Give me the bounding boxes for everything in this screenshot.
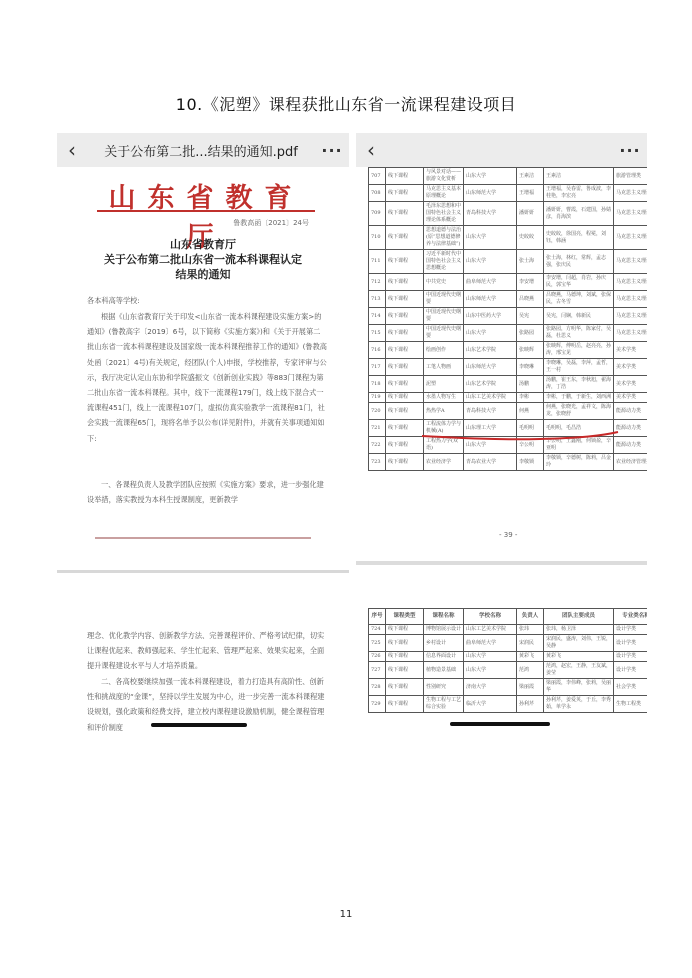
cell-name: 热热学A <box>424 403 464 420</box>
document-heading: 山东省教育厅 关于公布第二批山东省一流本科课程认定 结果的通知 <box>77 237 329 282</box>
cell-lead: 史皎皎 <box>517 226 544 250</box>
cell-type: 线下课程 <box>386 325 424 342</box>
cell-lead: 李晓琳 <box>517 359 544 376</box>
redaction-mark <box>450 722 550 726</box>
heading-line-2: 关于公布第二批山东省一流本科课程认定 <box>77 252 329 267</box>
cell-team: 李安增，闫超，肖岩，孙庆民，郭宝华 <box>544 274 614 291</box>
table-row: 709线下课程毛泽东思想和中国特色社会主义理论体系概论青岛科技大学潘妍妍潘妍妍，… <box>369 202 648 226</box>
page-separator <box>356 561 647 565</box>
cell-name: 博物馆展示设计 <box>424 625 464 635</box>
cell-team: 李彬，于鹏，于新生，刘西洲 <box>544 393 614 403</box>
cell-school: 山东大学 <box>464 168 517 185</box>
cell-team: 孙利芹，姜爱英，于丘，李秀茹，单学永 <box>544 696 614 713</box>
cell-type: 线下课程 <box>386 226 424 250</box>
cell-school: 曲阜师范大学 <box>464 635 517 652</box>
cell-school: 青岛科技大学 <box>464 403 517 420</box>
cell-type: 线下课程 <box>386 393 424 403</box>
cell-cat: 马克思主义理论类 <box>614 325 648 342</box>
cell-team: 黄彩飞 <box>544 652 614 662</box>
cell-school: 山东大学 <box>464 226 517 250</box>
left-screenshot-bottom: 理念、优化教学内容、创新教学方法、完善课程评价、严格考试纪律，切实让课程优起来、… <box>57 590 349 732</box>
table-row: 707线下课程与风景对话——旅游文化赏析山东大学王素洁王素洁旅游管理类 <box>369 168 648 185</box>
table-row: 728线下课程性别研究济南大学梁丽霞梁丽霞，李伟峰，张莉，吴丽华社会学类 <box>369 679 648 696</box>
course-list-table-top: 707线下课程与风景对话——旅游文化赏析山东大学王素洁王素洁旅游管理类708线下… <box>368 167 647 471</box>
cell-lead: 孙利芹 <box>517 696 544 713</box>
cell-school: 青岛农业大学 <box>464 454 517 471</box>
cell-team: 梁丽霞，李伟峰，张莉，吴丽华 <box>544 679 614 696</box>
cell-name: 性别研究 <box>424 679 464 696</box>
cell-name: 工笔人物画 <box>424 359 464 376</box>
cell-cat: 旅游管理类 <box>614 168 648 185</box>
left-screenshot-top: ‹ 关于公布第二批...结果的通知.pdf ··· 山东省教育厅 鲁教高函〔20… <box>57 133 349 577</box>
cell-no: 729 <box>369 696 386 713</box>
cell-no: 708 <box>369 185 386 202</box>
table-row: 727线下课程植物造景基础山东大学范鸿范鸿，赵宏，王静，王友斌，姜莹设计学类 <box>369 662 648 679</box>
cell-team: 汤鹏，崔王东，李秋旭，翟海涛，丁浩 <box>544 376 614 393</box>
cell-lead: 范鸿 <box>517 662 544 679</box>
cell-type: 线下课程 <box>386 359 424 376</box>
cell-type: 线下课程 <box>386 202 424 226</box>
cell-type: 线下课程 <box>386 454 424 471</box>
cell-name: 思想道德与法治(原“思想道德修养与法律基础”) <box>424 226 464 250</box>
cell-lead: 张士海 <box>517 250 544 274</box>
cell-no: 721 <box>369 420 386 437</box>
cell-team: 潘妍妍，曹霞，石建国，孙婧彦，肖海滨 <box>544 202 614 226</box>
cell-school: 山东师范大学 <box>464 291 517 308</box>
cell-no: 724 <box>369 625 386 635</box>
cell-no: 726 <box>369 652 386 662</box>
table-row: 716线下课程绘画创作山东艺术学院张映辉张映辉，傅明岳，赵亮亮，孙涛，邢宝见美术… <box>369 342 648 359</box>
table-row: 726线下课程信息界面设计山东大学黄彩飞黄彩飞设计学类 <box>369 652 648 662</box>
cell-no: 727 <box>369 662 386 679</box>
cell-team: 史皎皎，徐国亮，程冕，刘钰，韩涵 <box>544 226 614 250</box>
cell-type: 线下课程 <box>386 420 424 437</box>
cell-lead: 宋润民 <box>517 635 544 652</box>
table-header-row: 序号课程类型课程名称学校名称负责人团队主要成员专业类名称 <box>369 609 648 625</box>
cell-name: 中国近现代史纲要 <box>424 308 464 325</box>
cell-school: 青岛科技大学 <box>464 202 517 226</box>
cell-team: 何燕，张晓光，孟祥文，陈海龙，张晓舒 <box>544 403 614 420</box>
pdf-viewer-top-bar: ‹ 关于公布第二批...结果的通知.pdf ··· <box>57 133 349 167</box>
cell-name: 中国近现代史纲要 <box>424 291 464 308</box>
table-row: 720线下课程热热学A青岛科技大学何燕何燕，张晓光，孟祥文，陈海龙，张晓舒能源动… <box>369 403 648 420</box>
cell-no: 717 <box>369 359 386 376</box>
course-list-table-bottom: 序号课程类型课程名称学校名称负责人团队主要成员专业类名称 724线下课程博物馆展… <box>368 608 647 713</box>
column-header: 课程名称 <box>424 609 464 625</box>
cell-cat: 设计学类 <box>614 635 648 652</box>
cell-school: 山东师范大学 <box>464 185 517 202</box>
cell-type: 线下课程 <box>386 625 424 635</box>
table-row: 723线下课程农业经济学青岛农业大学李敬锁李敬锁，辛德树，陈莉，吕金玲农业经济管… <box>369 454 648 471</box>
cell-team: 张映辉，傅明岳，赵亮亮，孙涛，邢宝见 <box>544 342 614 359</box>
cell-lead: 潘妍妍 <box>517 202 544 226</box>
cell-cat: 美术学类 <box>614 376 648 393</box>
page-title: 10.《泥塑》课程获批山东省一流课程建设项目 <box>0 92 692 115</box>
cell-team: 王增福，吴春雷，鲁成波，李桂艳，李宏亮 <box>544 185 614 202</box>
red-annotation-underline <box>420 430 620 444</box>
cell-name: 生物工程与工艺综合实验 <box>424 696 464 713</box>
cell-cat: 设计学类 <box>614 662 648 679</box>
cell-lead: 张路园 <box>517 325 544 342</box>
cell-type: 线下课程 <box>386 652 424 662</box>
red-page-border <box>95 537 311 539</box>
cell-team: 王素洁 <box>544 168 614 185</box>
cell-cat: 生物工程类 <box>614 696 648 713</box>
salutation: 各本科高等学校: <box>87 293 327 308</box>
cell-lead: 黄彩飞 <box>517 652 544 662</box>
cell-lead: 李敬锁 <box>517 454 544 471</box>
cell-no: 715 <box>369 325 386 342</box>
cell-school: 山东艺术学院 <box>464 342 517 359</box>
paragraph-1: 根据《山东省教育厅关于印发<山东省一流本科课程建设实施方案>的通知》(鲁教高字〔… <box>87 309 327 446</box>
cell-team: 张玮，杨卫泽 <box>544 625 614 635</box>
cell-lead: 梁丽霞 <box>517 679 544 696</box>
table-row: 718线下课程泥塑山东艺术学院汤鹏汤鹏，崔王东，李秋旭，翟海涛，丁浩美术学类 <box>369 376 648 393</box>
cell-name: 农业经济学 <box>424 454 464 471</box>
cell-name: 马克思主义基本原理概论 <box>424 185 464 202</box>
cell-name: 信息界面设计 <box>424 652 464 662</box>
cell-team: 宋润民，盛涛，刘伟，王锐，吴静 <box>544 635 614 652</box>
cell-no: 707 <box>369 168 386 185</box>
cell-no: 719 <box>369 393 386 403</box>
cell-type: 线下课程 <box>386 185 424 202</box>
cell-cat: 美术学类 <box>614 359 648 376</box>
cell-no: 709 <box>369 202 386 226</box>
cell-no: 714 <box>369 308 386 325</box>
cell-type: 线下课程 <box>386 635 424 652</box>
cell-cat: 马克思主义理论类 <box>614 185 648 202</box>
cell-school: 山东大学 <box>464 250 517 274</box>
table-row: 715线下课程中国近现代史纲要山东大学张路园张路园，方明华，陈家付，吴磊，杜思义… <box>369 325 648 342</box>
cell-school: 山东工艺美术学院 <box>464 625 517 635</box>
table-row: 712线下课程中共党史曲阜师范大学李安增李安增，闫超，肖岩，孙庆民，郭宝华马克思… <box>369 274 648 291</box>
cell-school: 山东艺术学院 <box>464 376 517 393</box>
cell-lead: 吕晓燕 <box>517 291 544 308</box>
cell-school: 山东大学 <box>464 652 517 662</box>
cell-name: 水墨人物写生 <box>424 393 464 403</box>
back-icon[interactable]: ‹ <box>57 138 87 162</box>
cell-no: 722 <box>369 437 386 454</box>
cell-team: 张路园，方明华，陈家付，吴磊，杜思义 <box>544 325 614 342</box>
cell-school: 山东工艺美术学院 <box>464 393 517 403</box>
cell-no: 711 <box>369 250 386 274</box>
document-title: 关于公布第二批...结果的通知.pdf <box>87 141 315 160</box>
cell-cat: 美术学类 <box>614 342 648 359</box>
cell-name: 植物造景基础 <box>424 662 464 679</box>
back-icon[interactable]: ‹ <box>356 138 386 162</box>
cell-type: 线下课程 <box>386 291 424 308</box>
cell-team: 吕晓燕，马德坤，刘斌，张保民，古冬雪 <box>544 291 614 308</box>
cell-cat: 马克思主义理论类 <box>614 274 648 291</box>
cell-school: 济南大学 <box>464 679 517 696</box>
cell-type: 线下课程 <box>386 437 424 454</box>
paragraph-3: 理念、优化教学内容、创新教学方法、完善课程评价、严格考试纪律，切实让课程优起来、… <box>87 628 327 674</box>
cell-name: 中共党史 <box>424 274 464 291</box>
cell-school: 山东大学 <box>464 325 517 342</box>
red-rule <box>97 210 315 212</box>
cell-lead: 张映辉 <box>517 342 544 359</box>
cell-name: 绘画创作 <box>424 342 464 359</box>
column-header: 负责人 <box>517 609 544 625</box>
cell-cat: 设计学类 <box>614 652 648 662</box>
column-header: 专业类名称 <box>614 609 648 625</box>
right-screenshot-bottom: 序号课程类型课程名称学校名称负责人团队主要成员专业类名称 724线下课程博物馆展… <box>356 575 647 733</box>
cell-cat: 社会学类 <box>614 679 648 696</box>
cell-cat: 马克思主义理论类 <box>614 308 648 325</box>
cell-name: 习近平新时代中国特色社会主义思想概论 <box>424 250 464 274</box>
cell-school: 山东大学 <box>464 662 517 679</box>
cell-team: 范鸿，赵宏，王静，王友斌，姜莹 <box>544 662 614 679</box>
cell-no: 728 <box>369 679 386 696</box>
cell-team: 李晓琳，吴磊，李萍，孟哲，王一村 <box>544 359 614 376</box>
cell-school: 曲阜师范大学 <box>464 274 517 291</box>
cell-lead: 王增福 <box>517 185 544 202</box>
table-row: 710线下课程思想道德与法治(原“思想道德修养与法律基础”)山东大学史皎皎史皎皎… <box>369 226 648 250</box>
cell-cat: 能源动力类 <box>614 403 648 420</box>
column-header: 课程类型 <box>386 609 424 625</box>
cell-no: 710 <box>369 226 386 250</box>
redaction-mark <box>151 723 247 727</box>
cell-name: 中国近现代史纲要 <box>424 325 464 342</box>
heading-line-3: 结果的通知 <box>77 267 329 282</box>
cell-no: 712 <box>369 274 386 291</box>
source-page-number: - 39 - <box>499 531 517 539</box>
cell-team: 吴宪，闫娴，韩新民 <box>544 308 614 325</box>
cell-name: 乡村设计 <box>424 635 464 652</box>
right-screenshot-top: ‹ ··· 707线下课程与风景对话——旅游文化赏析山东大学王素洁王素洁旅游管理… <box>356 133 647 565</box>
cell-type: 线下课程 <box>386 662 424 679</box>
cell-cat: 设计学类 <box>614 625 648 635</box>
cell-lead: 李彬 <box>517 393 544 403</box>
cell-school: 山东中医药大学 <box>464 308 517 325</box>
table-row: 725线下课程乡村设计曲阜师范大学宋润民宋润民，盛涛，刘伟，王锐，吴静设计学类 <box>369 635 648 652</box>
cell-type: 线下课程 <box>386 168 424 185</box>
cell-lead: 李安增 <box>517 274 544 291</box>
page-separator <box>57 570 349 573</box>
cell-type: 线下课程 <box>386 308 424 325</box>
table-row: 724线下课程博物馆展示设计山东工艺美术学院张玮张玮，杨卫泽设计学类 <box>369 625 648 635</box>
cell-cat: 马克思主义理论类 <box>614 202 648 226</box>
cell-no: 720 <box>369 403 386 420</box>
column-header: 序号 <box>369 609 386 625</box>
heading-line-1: 山东省教育厅 <box>77 237 329 252</box>
cell-school: 临沂大学 <box>464 696 517 713</box>
cell-cat: 马克思主义理论类 <box>614 291 648 308</box>
cell-type: 线下课程 <box>386 696 424 713</box>
column-header: 学校名称 <box>464 609 517 625</box>
page-number: 11 <box>0 909 692 920</box>
column-header: 团队主要成员 <box>544 609 614 625</box>
cell-no: 723 <box>369 454 386 471</box>
cell-lead: 吴宪 <box>517 308 544 325</box>
cell-type: 线下课程 <box>386 679 424 696</box>
cell-no: 718 <box>369 376 386 393</box>
cell-no: 713 <box>369 291 386 308</box>
cell-school: 山东师范大学 <box>464 359 517 376</box>
cell-lead: 张玮 <box>517 625 544 635</box>
cell-team: 李敬锁，辛德树，陈莉，吕金玲 <box>544 454 614 471</box>
cell-cat: 马克思主义理论类 <box>614 250 648 274</box>
cell-name: 毛泽东思想和中国特色社会主义理论体系概论 <box>424 202 464 226</box>
cell-type: 线下课程 <box>386 403 424 420</box>
cell-no: 725 <box>369 635 386 652</box>
cell-type: 线下课程 <box>386 376 424 393</box>
cell-cat: 农业经济管理类 <box>614 454 648 471</box>
table-row: 719线下课程水墨人物写生山东工艺美术学院李彬李彬，于鹏，于新生，刘西洲美术学类 <box>369 393 648 403</box>
table-row: 711线下课程习近平新时代中国特色社会主义思想概论山东大学张士海张士海，林红，常… <box>369 250 648 274</box>
cell-type: 线下课程 <box>386 342 424 359</box>
more-options-icon[interactable]: ··· <box>613 141 647 160</box>
cell-lead: 王素洁 <box>517 168 544 185</box>
document-number: 鲁教高函〔2021〕24号 <box>233 218 309 228</box>
cell-cat: 美术学类 <box>614 393 648 403</box>
more-options-icon[interactable]: ··· <box>315 141 349 160</box>
cell-name: 与风景对话——旅游文化赏析 <box>424 168 464 185</box>
cell-type: 线下课程 <box>386 250 424 274</box>
cell-name: 泥塑 <box>424 376 464 393</box>
table-row: 717线下课程工笔人物画山东师范大学李晓琳李晓琳，吴磊，李萍，孟哲，王一村美术学… <box>369 359 648 376</box>
table-row: 714线下课程中国近现代史纲要山东中医药大学吴宪吴宪，闫娴，韩新民马克思主义理论… <box>369 308 648 325</box>
table-row: 708线下课程马克思主义基本原理概论山东师范大学王增福王增福，吴春雷，鲁成波，李… <box>369 185 648 202</box>
cell-team: 张士海，林红，常辉，孟志强，张庆民 <box>544 250 614 274</box>
table-row: 713线下课程中国近现代史纲要山东师范大学吕晓燕吕晓燕，马德坤，刘斌，张保民，古… <box>369 291 648 308</box>
cell-type: 线下课程 <box>386 274 424 291</box>
pdf-viewer-top-bar-right: ‹ ··· <box>356 133 647 167</box>
cell-no: 716 <box>369 342 386 359</box>
paragraph-2: 一、各课程负责人及教学团队应按照《实施方案》要求，进一步强化建设举措，落实教授为… <box>87 477 327 509</box>
cell-lead: 何燕 <box>517 403 544 420</box>
cell-cat: 马克思主义理论类 <box>614 226 648 250</box>
cell-lead: 汤鹏 <box>517 376 544 393</box>
table-row: 729线下课程生物工程与工艺综合实验临沂大学孙利芹孙利芹，姜爱英，于丘，李秀茹，… <box>369 696 648 713</box>
